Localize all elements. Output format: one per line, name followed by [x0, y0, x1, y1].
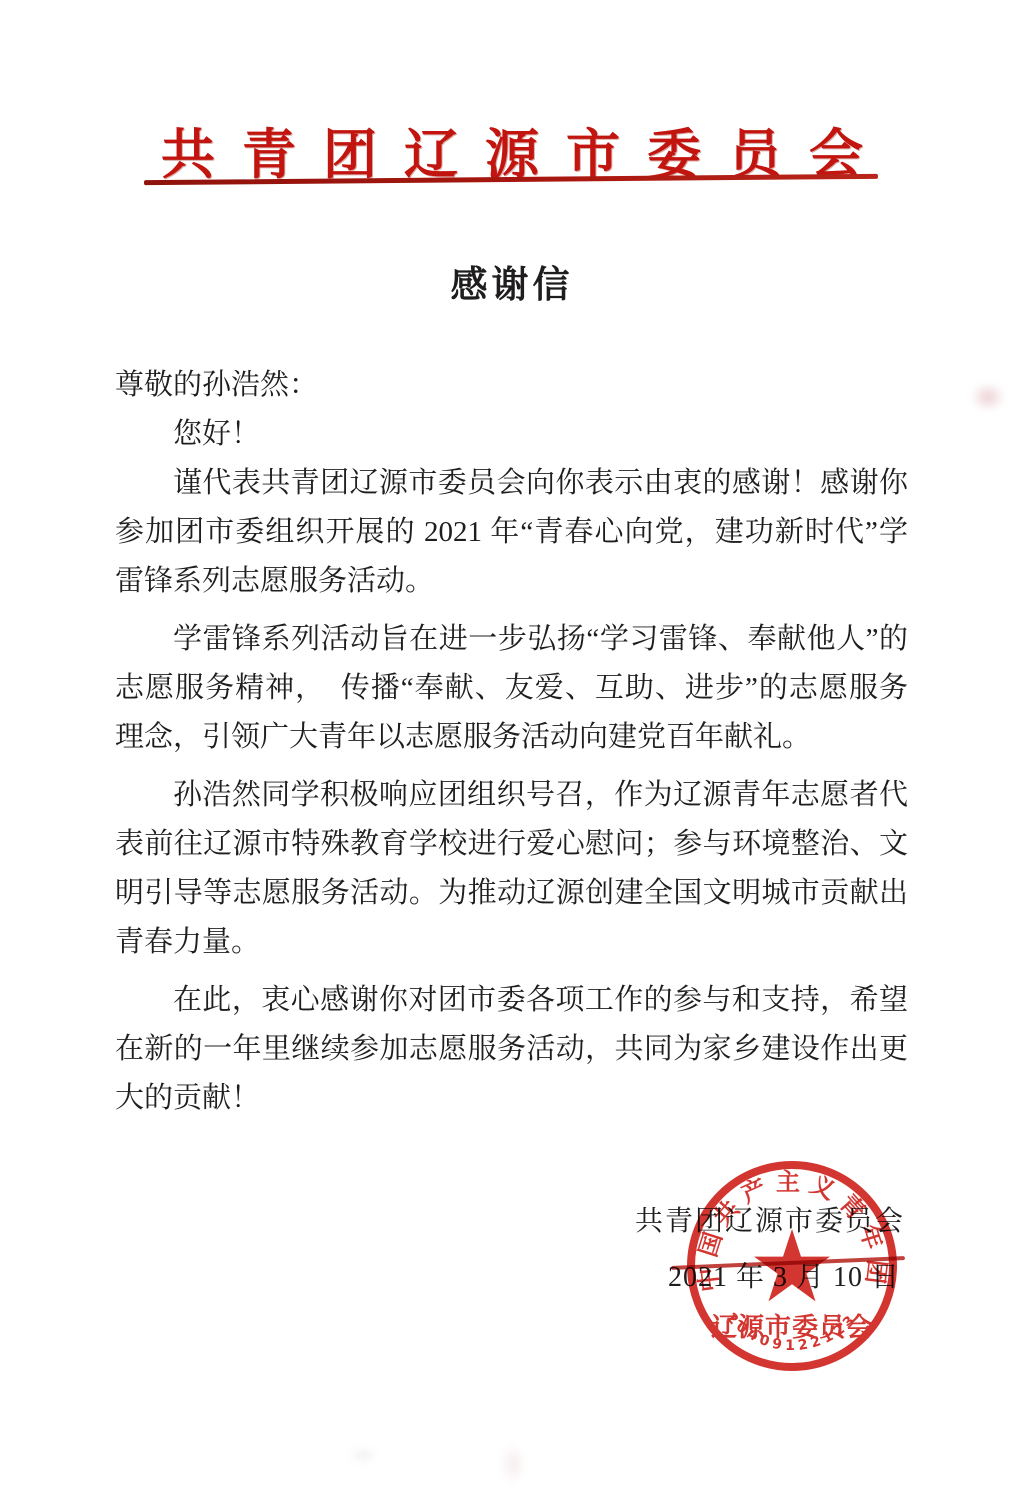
scan-smudge [970, 382, 1006, 412]
letter-page: 共青团辽源市委员会 感谢信 尊敬的孙浩然： 您好！ 谨代表共青团辽源市委员会向你… [0, 0, 1024, 1509]
letter-body: 尊敬的孙浩然： 您好！ 谨代表共青团辽源市委员会向你表示由衷的感谢！感谢你参加团… [115, 361, 908, 1123]
paragraph-3: 孙浩然同学积极响应团组织号召，作为辽源青年志愿者代表前往辽源市特殊教育学校进行爱… [115, 771, 908, 967]
scan-smudge [348, 1445, 378, 1465]
paragraph-2: 学雷锋系列活动旨在进一步弘扬“学习雷锋、奉献他人”的志愿服务精神， 传播“奉献、… [115, 615, 908, 762]
paragraph-1: 谨代表共青团辽源市委员会向你表示由衷的感谢！感谢你参加团市委组织开展的 2021… [115, 459, 908, 606]
salutation: 尊敬的孙浩然： [115, 361, 908, 410]
doc-title: 感谢信 [0, 254, 1024, 308]
scan-smudge [500, 1442, 526, 1486]
paragraph-4: 在此，衷心感谢你对团市委各项工作的参与和支持，希望在新的一年里继续参加志愿服务活… [115, 976, 908, 1123]
greeting: 您好！ [115, 410, 908, 459]
